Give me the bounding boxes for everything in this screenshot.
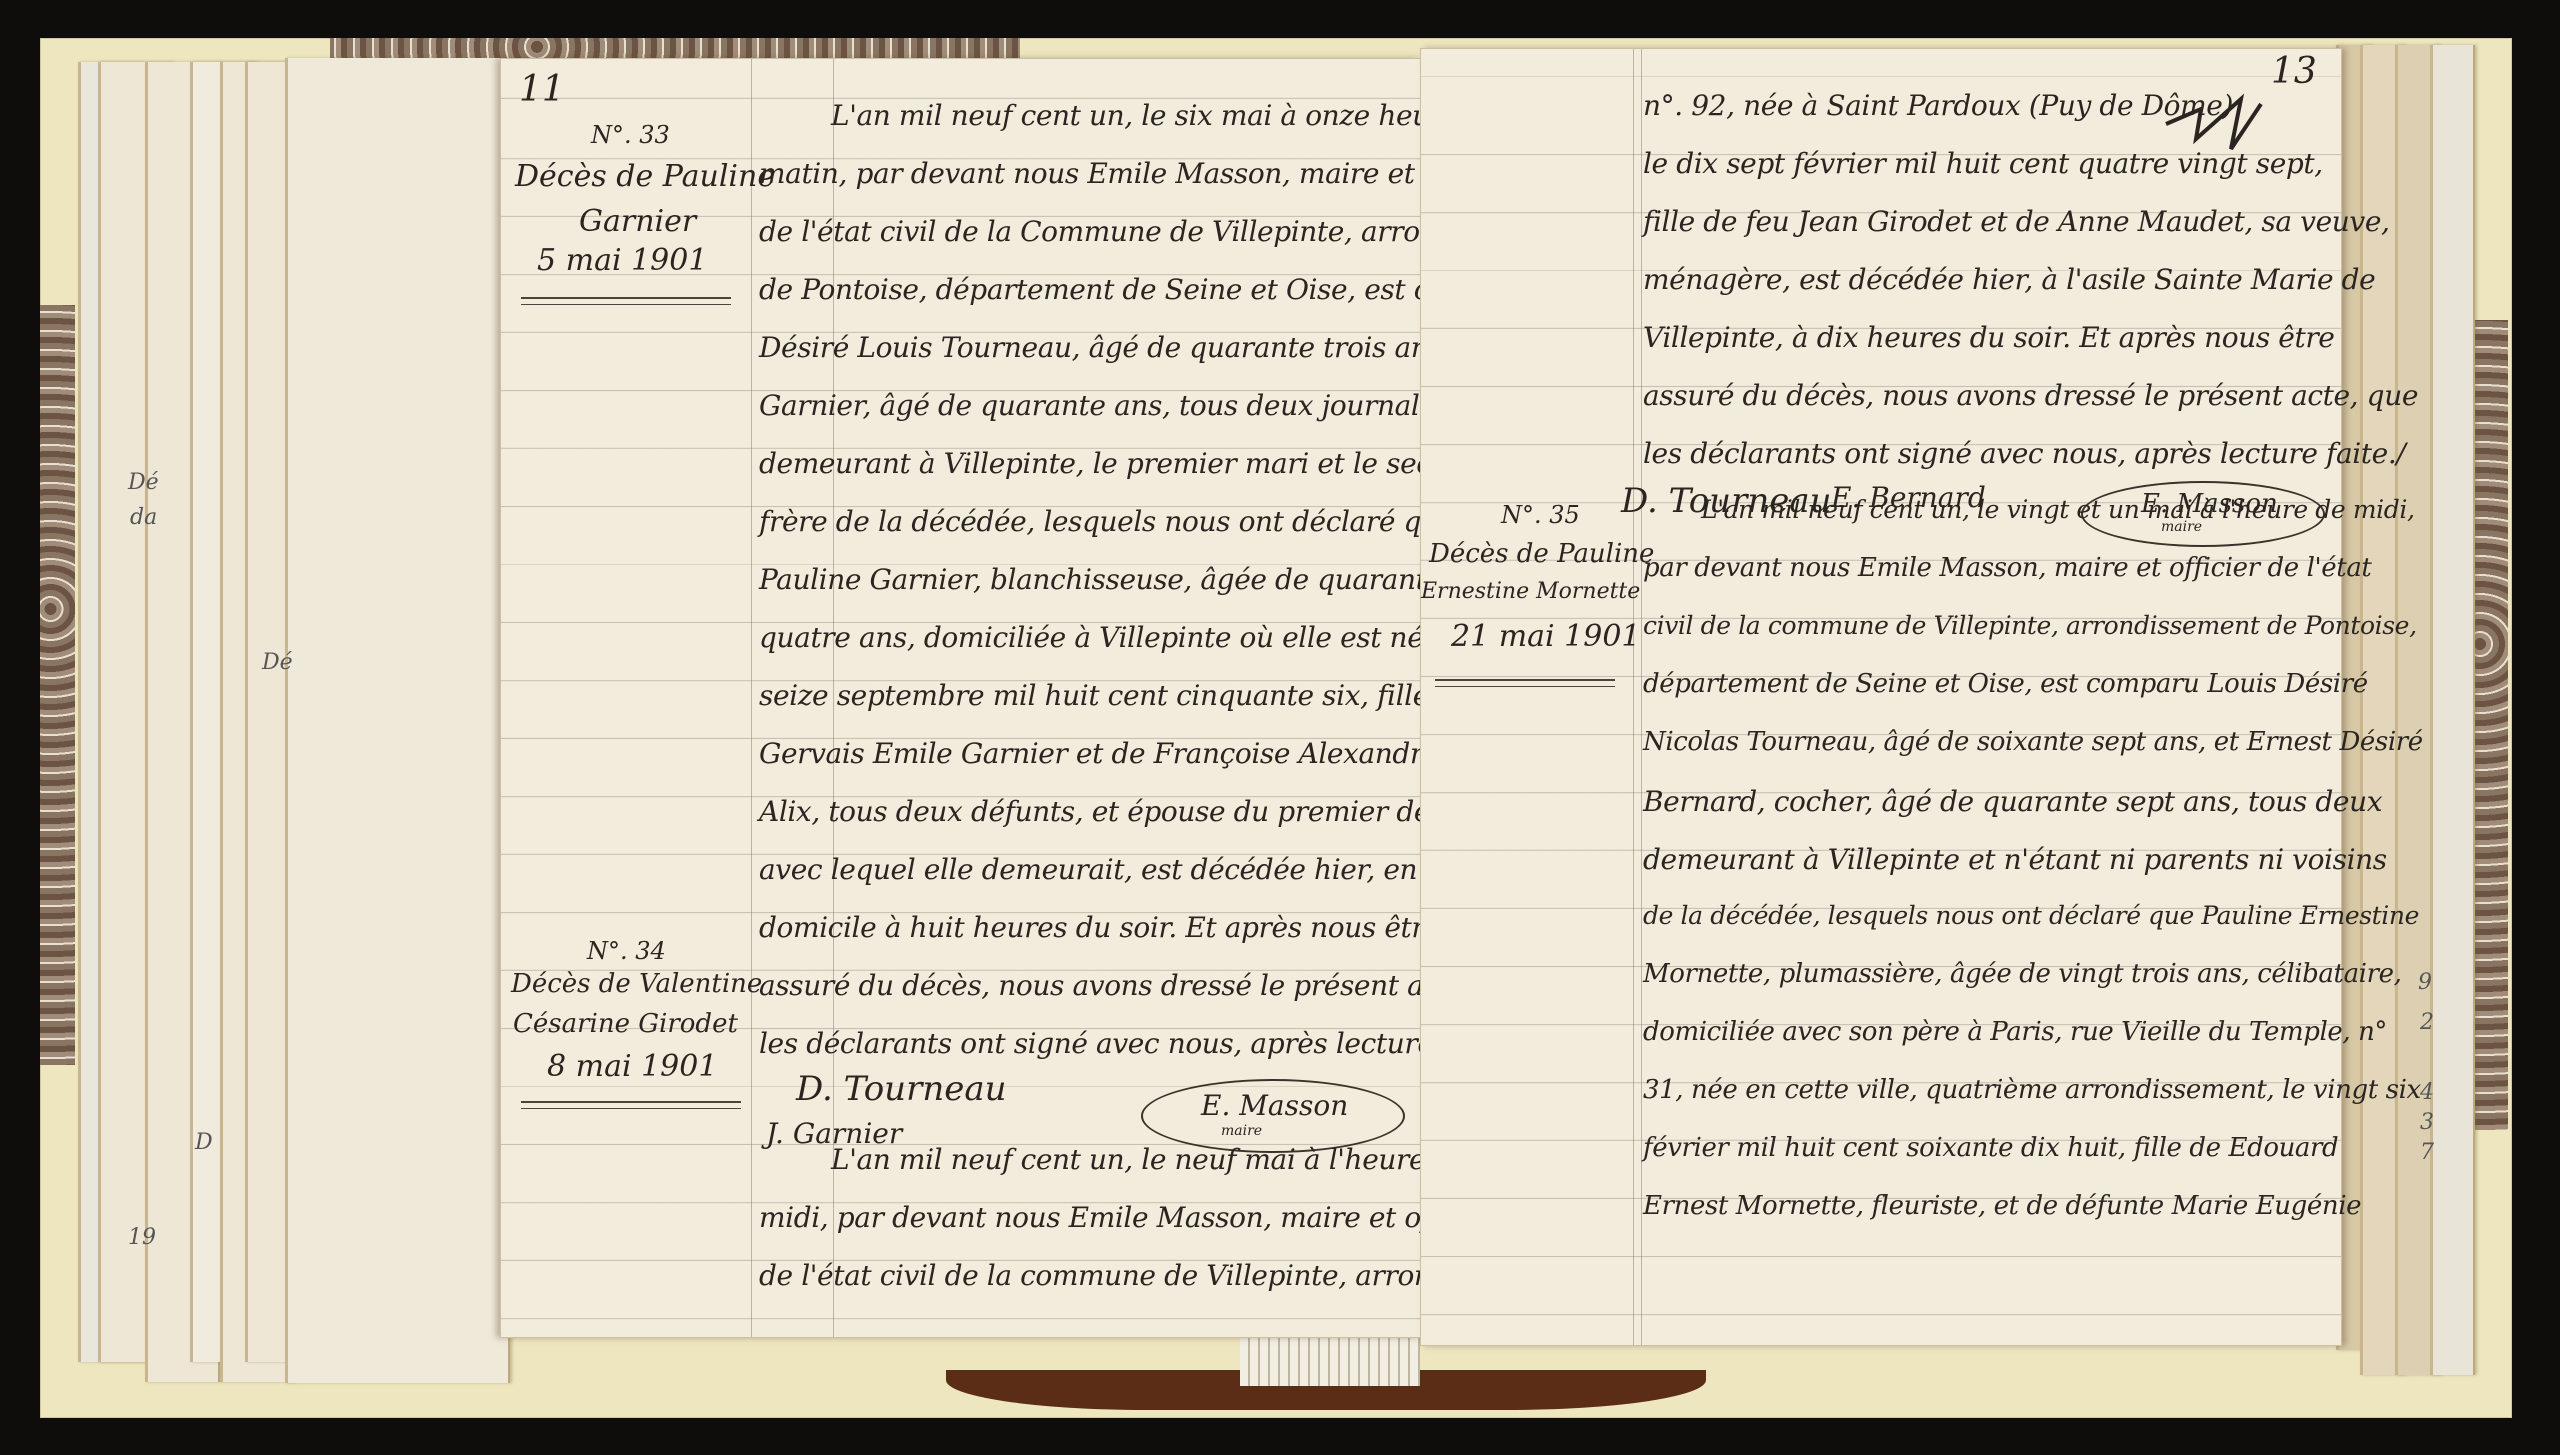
mayor-signature: E. Masson (1201, 1089, 1348, 1122)
body-line: Garnier, âgé de quarante ans, tous deux … (759, 389, 1471, 422)
body-line: demeurant à Villepinte, le premier mari … (759, 447, 1483, 480)
declarant-signature: D. Tourneau (796, 1069, 1007, 1109)
margin-date: 5 mai 1901 (537, 243, 707, 278)
leaf-fragment: da (130, 505, 157, 530)
margin-title-line: Décès de Pauline (515, 159, 775, 194)
margin-rule (751, 59, 752, 1337)
leaf-fragment: 7 (2420, 1140, 2434, 1165)
marbled-cover-left (40, 305, 75, 1065)
register-page-left: 11 N°. 33 Décès de Pauline Garnier 5 mai… (500, 58, 1422, 1338)
leaf-fragment: 2 (2420, 1010, 2434, 1035)
leaf-fragment: 3 (2420, 1110, 2434, 1135)
body-line: domicile à huit heures du soir. Et après… (759, 911, 1441, 944)
leaf-fragment: 9 (2418, 970, 2432, 995)
margin-date: 8 mai 1901 (547, 1049, 717, 1084)
body-line: Pauline Garnier, blanchisseuse, âgée de … (759, 563, 1460, 596)
body-line: quatre ans, domiciliée à Villepinte où e… (759, 621, 1473, 654)
leaf-fragment: 4 (2420, 1080, 2434, 1105)
leaf-fragment: D (195, 1130, 213, 1155)
entry-separator (521, 297, 731, 305)
body-line: avec lequel elle demeurait, est décédée … (759, 853, 1474, 886)
body-line: L'an mil neuf cent un, le six mai à onze… (831, 99, 1517, 132)
leaf-fragment: 19 (128, 1225, 156, 1250)
leaf-fragment: Dé (262, 650, 293, 675)
body-line: frère de la décédée, lesquels nous ont d… (759, 505, 1455, 538)
body-line: L'an mil neuf cent un, le neuf mai à l'h… (831, 1143, 1467, 1176)
margin-title-line: Césarine Girodet (513, 1009, 738, 1039)
body-line: matin, par devant nous Emile Masson, mai… (759, 157, 1521, 190)
leaf-fragment: Dé (128, 470, 159, 495)
body-line: assuré du décès, nous avons dressé le pr… (759, 969, 1534, 1002)
body-line: les déclarants ont signé avec nous, aprè… (759, 1027, 1521, 1060)
entry-35-lower: Chalcara, est décédée aujourd'hui, à l'a… (1420, 48, 2340, 1344)
entry-separator (521, 1101, 741, 1109)
marbled-cover-top (330, 38, 1020, 60)
entry-number: N°. 33 (591, 121, 670, 149)
body-line: midi, par devant nous Emile Masson, mair… (759, 1201, 1502, 1234)
body-line: seize septembre mil huit cent cinquante … (759, 679, 1471, 712)
page-corner-mark: 11 (519, 69, 565, 110)
gutter-leaves (1240, 1336, 1420, 1386)
body-line: Gervais Emile Garnier et de Françoise Al… (759, 737, 1465, 770)
mayor-title: maire (1221, 1123, 1262, 1139)
entry-number: N°. 34 (587, 937, 666, 965)
margin-title-line: Garnier (579, 204, 696, 239)
margin-title-line: Décès de Valentine (511, 969, 762, 999)
